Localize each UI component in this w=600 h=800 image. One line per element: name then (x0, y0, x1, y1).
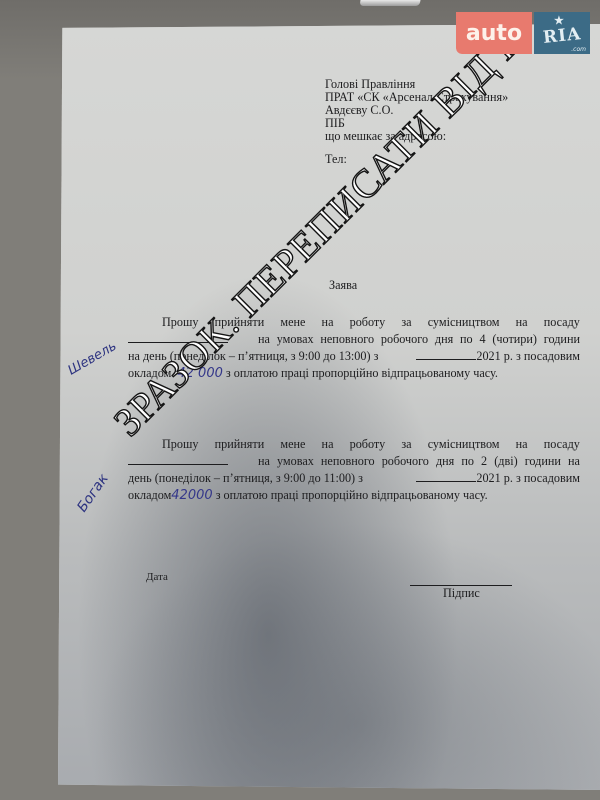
word: умовах (277, 453, 314, 470)
word: умовах (277, 331, 314, 348)
logo-dotcom: .com (571, 46, 586, 53)
signature-label: Підпис (443, 586, 480, 601)
paragraph-line: Прошуприйнятимененароботузасумісництвомн… (128, 436, 580, 453)
word: на (258, 331, 270, 348)
line-text: з оплатою праці пропорційно відпрацьован… (226, 365, 498, 382)
line-text: з оплатою праці пропорційно відпрацьован… (216, 487, 488, 504)
paper-sheet: Голові Правління ПРАТ «СК «Арсенал Страх… (58, 24, 600, 790)
word: по (461, 453, 474, 470)
position-blank (128, 453, 228, 465)
word: роботу (350, 314, 386, 331)
word: мене (280, 436, 305, 453)
word: прийняти (215, 436, 265, 453)
logo-auto-text: auto (456, 12, 532, 54)
word: години (525, 453, 561, 470)
word: посаду (544, 314, 580, 331)
logo-ria: ★ RIA .com (534, 12, 590, 54)
paragraph-line: день (понеділок – п’ятниця, з 9:00 до 11… (128, 470, 580, 487)
margin-note-handwritten: Богак (75, 472, 111, 515)
word: дня (435, 331, 453, 348)
date-blank (416, 348, 476, 360)
word: мене (280, 314, 305, 331)
word: на (568, 453, 580, 470)
line-text: окладом (128, 487, 171, 504)
word: неповного (321, 453, 375, 470)
word: 4 (479, 331, 485, 348)
date-label: Дата (146, 570, 168, 585)
line-text: наумовахнеповногоробочогодняпо4(чотири)г… (258, 331, 580, 348)
paragraph-line: окладом 42000 з оплатою праці пропорційн… (128, 487, 580, 504)
autoria-logo: auto ★ RIA .com (456, 12, 590, 54)
word: за (401, 436, 411, 453)
word: (чотири) (492, 331, 537, 348)
margin-note-handwritten: Шевель (66, 340, 120, 379)
word: на (322, 436, 334, 453)
word: на (516, 436, 528, 453)
word: 2 (481, 453, 487, 470)
paragraph-2: Прошуприйнятимененароботузасумісництвомн… (128, 436, 580, 504)
word: Прошу (162, 436, 198, 453)
word: дня (436, 453, 454, 470)
line-text-end: 2021 р. з посадовим (416, 348, 580, 365)
word: на (516, 314, 528, 331)
line-text-end: 2021 р. з посадовим (416, 470, 580, 487)
word: на (258, 453, 270, 470)
word: робочого (381, 331, 428, 348)
word: години (544, 331, 580, 348)
word: (дві) (494, 453, 517, 470)
word: сумісництвом (428, 314, 500, 331)
word: на (322, 314, 334, 331)
word: посаду (544, 436, 580, 453)
word: роботу (350, 436, 386, 453)
document-title: Заява (329, 278, 357, 293)
line-text: день (понеділок – п’ятниця, з 9:00 до 11… (128, 470, 363, 487)
word: сумісництвом (428, 436, 500, 453)
word: робочого (382, 453, 429, 470)
line-text: 2021 р. з посадовим (476, 471, 580, 485)
paragraph-line: наумовахнеповногоробочогодняпо2(дві)годи… (128, 453, 580, 470)
logo-ria-text: RIA (542, 24, 582, 48)
word: по (460, 331, 473, 348)
salary-handwritten: 42000 (171, 487, 212, 504)
word: неповного (320, 331, 374, 348)
date-blank (416, 470, 476, 482)
phone-label: Тел: (325, 152, 347, 167)
line-text: наумовахнеповногоробочогодняпо2(дві)годи… (258, 453, 580, 470)
desk-object (359, 0, 420, 6)
word: за (401, 314, 411, 331)
line-text: 2021 р. з посадовим (476, 349, 580, 363)
